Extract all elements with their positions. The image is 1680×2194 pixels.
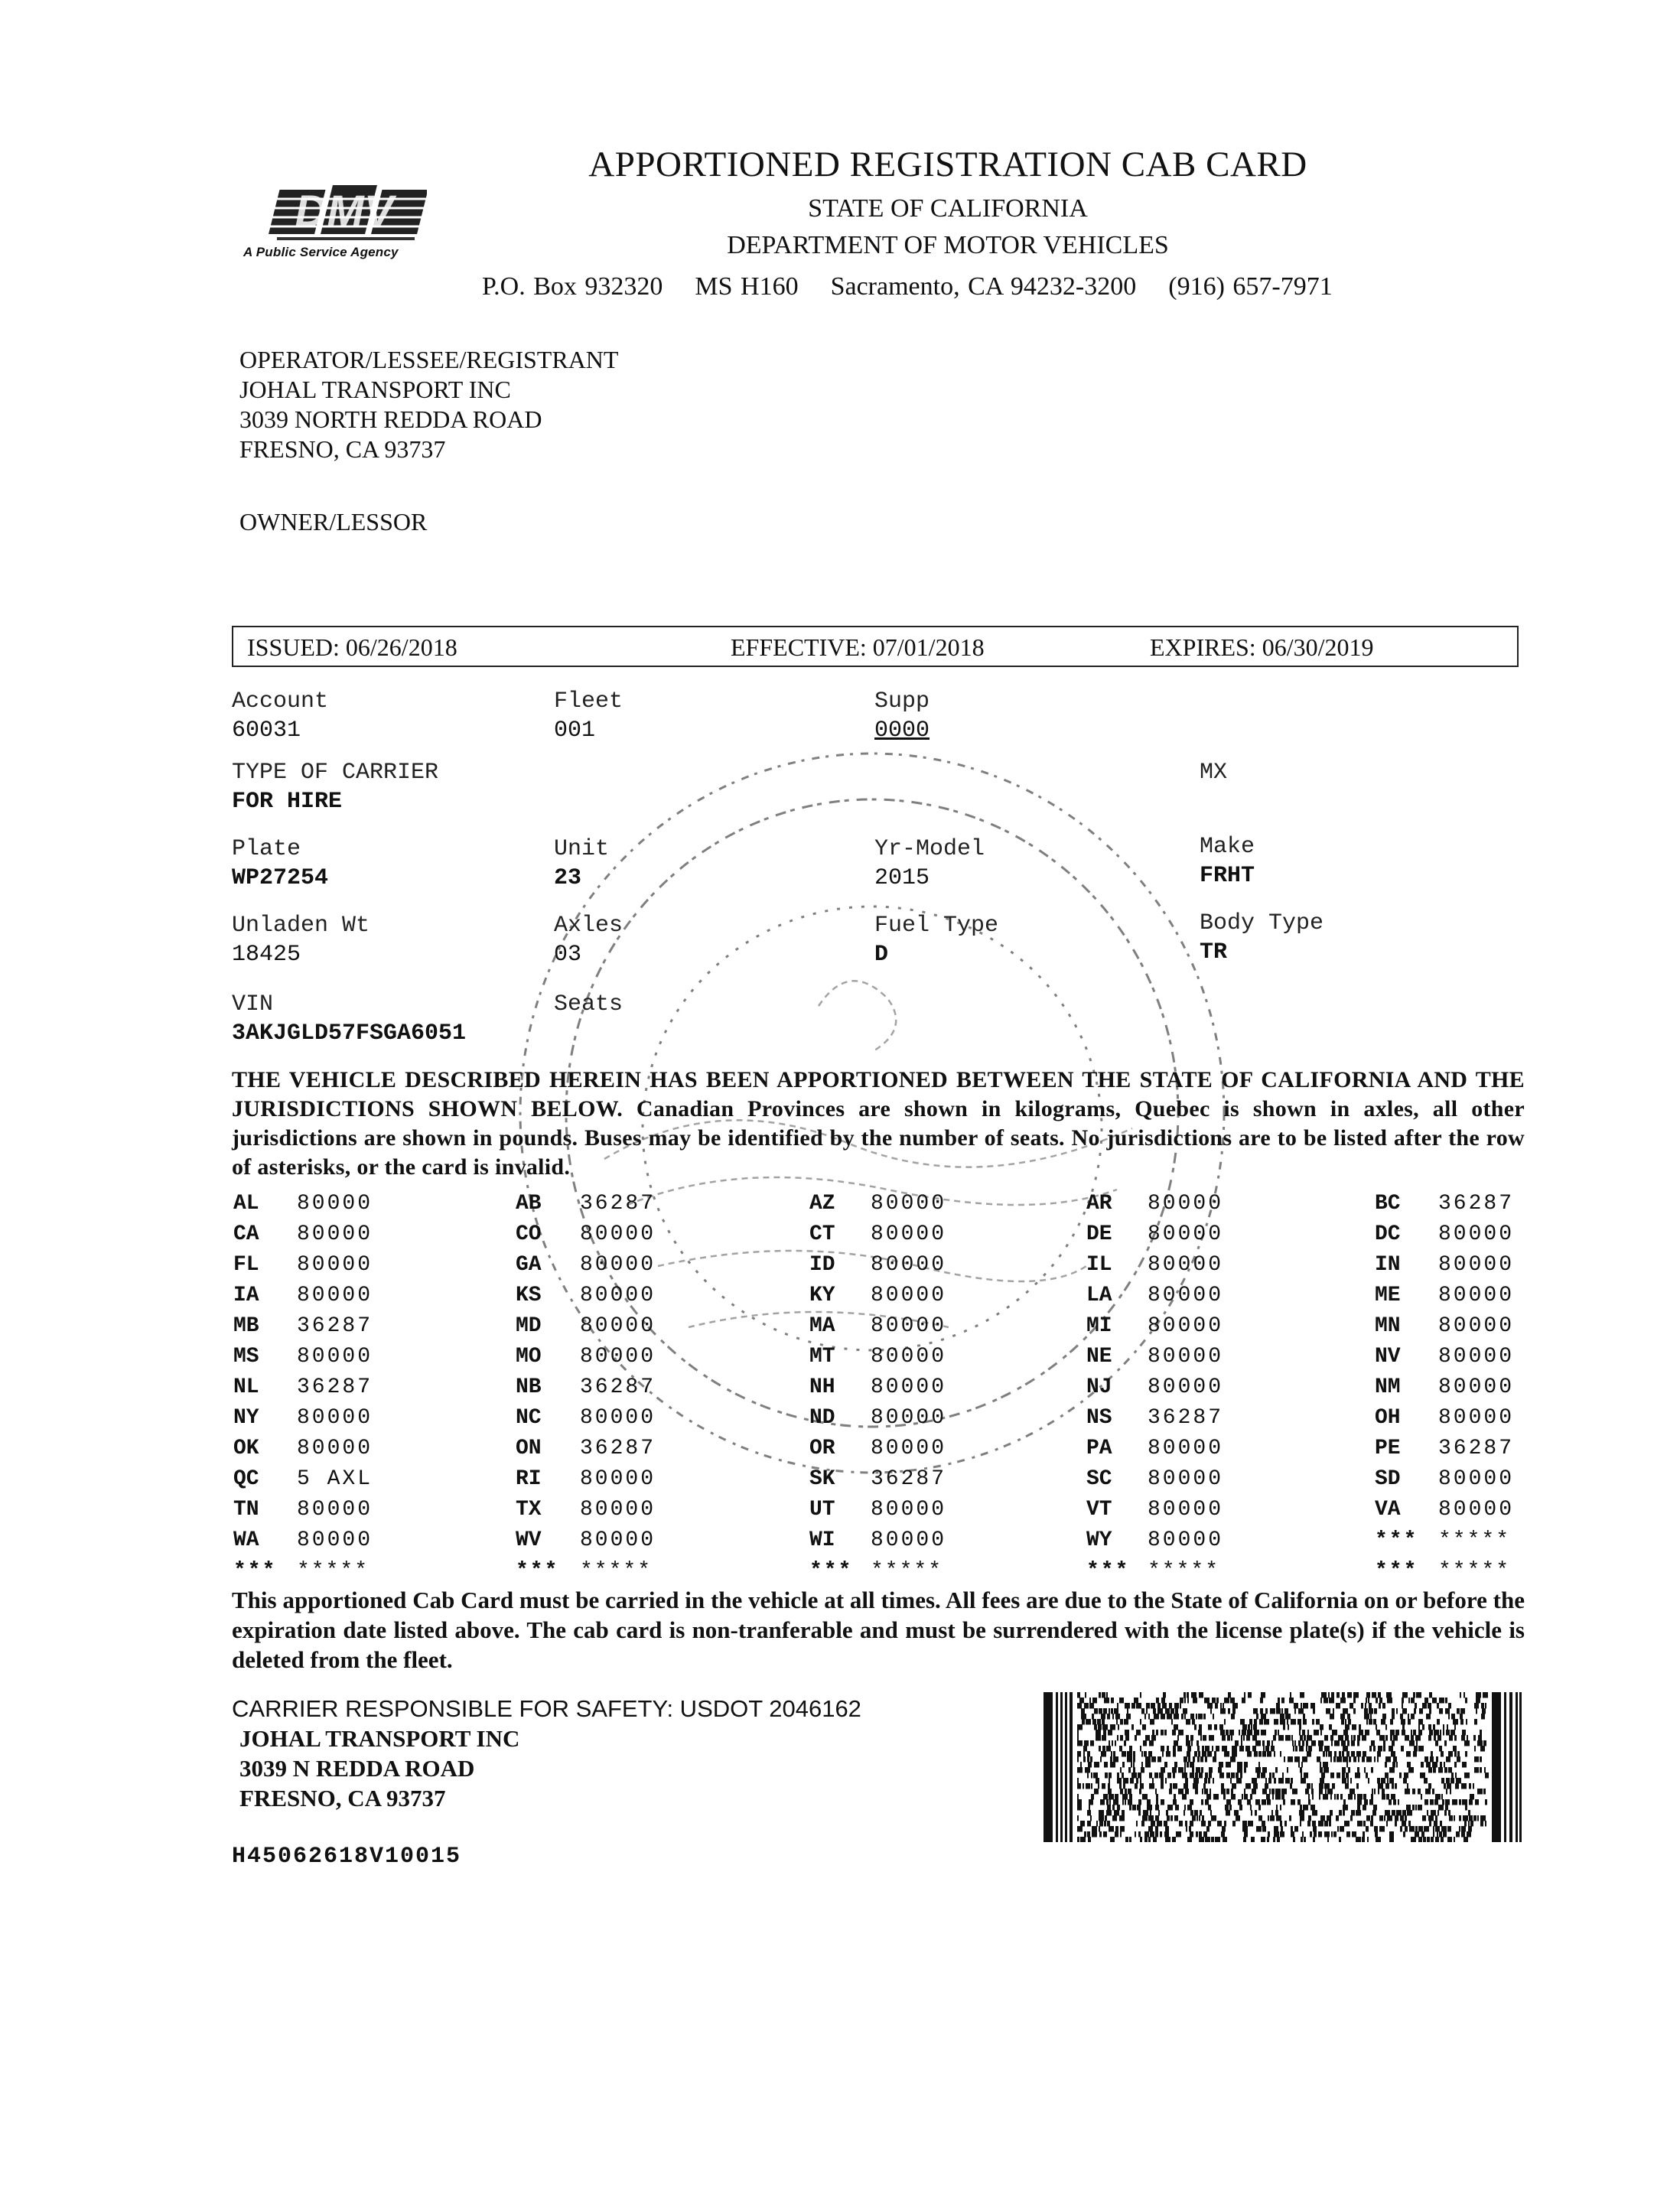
jurisdiction-weight: 80000 xyxy=(871,1437,946,1460)
jurisdiction-code: CT xyxy=(809,1222,835,1246)
jurisdiction-code: ME xyxy=(1375,1284,1401,1307)
jurisdiction-weight: 36287 xyxy=(297,1375,373,1399)
jurisdiction-code: AZ xyxy=(809,1192,835,1216)
jurisdiction-weight: 36287 xyxy=(580,1375,656,1399)
jurisdiction-weight: 80000 xyxy=(871,1528,946,1552)
jurisdiction-weight: ***** xyxy=(871,1559,943,1583)
jurisdiction-weight: 80000 xyxy=(1148,1498,1223,1522)
jurisdiction-code: MN xyxy=(1375,1314,1401,1338)
fuel-type-label: Fuel Type xyxy=(874,913,998,939)
jurisdiction-weight: 80000 xyxy=(1148,1222,1223,1246)
jurisdiction-code: IN xyxy=(1375,1253,1401,1277)
jurisdiction-code: WA xyxy=(233,1528,259,1552)
body-type-value: TR xyxy=(1200,939,1227,965)
jurisdiction-weight: 80000 xyxy=(297,1192,373,1216)
jurisdiction-code: MO xyxy=(516,1345,542,1369)
jurisdiction-code: SC xyxy=(1086,1467,1112,1491)
jurisdiction-code: *** xyxy=(1375,1559,1418,1583)
jurisdiction-code: NE xyxy=(1086,1345,1112,1369)
unladen-weight-label: Unladen Wt xyxy=(232,913,370,939)
operator-street: 3039 NORTH REDDA ROAD xyxy=(239,405,542,434)
effective-date: EFFECTIVE: 07/01/2018 xyxy=(731,633,985,662)
page-title: APPORTIONED REGISTRATION CAB CARD xyxy=(0,144,1680,185)
jurisdiction-code: TX xyxy=(516,1498,542,1522)
jurisdiction-code: NS xyxy=(1086,1406,1112,1430)
jurisdiction-weight: 80000 xyxy=(580,1406,656,1430)
jurisdiction-weight: 80000 xyxy=(1438,1314,1514,1338)
jurisdiction-weight: 80000 xyxy=(871,1222,946,1246)
jurisdiction-code: MD xyxy=(516,1314,542,1338)
jurisdiction-weight: 80000 xyxy=(1148,1528,1223,1552)
jurisdiction-weight: 80000 xyxy=(1148,1253,1223,1277)
jurisdiction-weight: 80000 xyxy=(1148,1192,1223,1216)
jurisdiction-weight: 80000 xyxy=(1148,1437,1223,1460)
jurisdiction-weight: 80000 xyxy=(580,1528,656,1552)
jurisdiction-weight: 80000 xyxy=(1438,1467,1514,1491)
plate-value: WP27254 xyxy=(232,865,328,891)
jurisdiction-code: NJ xyxy=(1086,1375,1112,1399)
jurisdiction-weight: 80000 xyxy=(297,1253,373,1277)
carrier-street: 3039 N REDDA ROAD xyxy=(239,1755,474,1782)
jurisdiction-weight: 80000 xyxy=(1438,1222,1514,1246)
jurisdiction-code: DC xyxy=(1375,1222,1401,1246)
jurisdiction-code: MA xyxy=(809,1314,835,1338)
jurisdiction-weight: ***** xyxy=(1438,1528,1510,1552)
axles-value: 03 xyxy=(554,942,581,968)
jurisdiction-code: PA xyxy=(1086,1437,1112,1460)
jurisdiction-code: AB xyxy=(516,1192,542,1216)
jurisdiction-code: FL xyxy=(233,1253,259,1277)
jurisdiction-code: NL xyxy=(233,1375,259,1399)
jurisdiction-code: *** xyxy=(809,1559,852,1583)
mx-label: MX xyxy=(1200,760,1227,786)
account-value: 60031 xyxy=(232,718,301,744)
jurisdiction-weight: 80000 xyxy=(1148,1467,1223,1491)
carrier-city: FRESNO, CA 93737 xyxy=(239,1785,446,1812)
carrier-type-value: FOR HIRE xyxy=(232,789,342,815)
jurisdiction-weight: 80000 xyxy=(1438,1406,1514,1430)
account-label: Account xyxy=(232,688,328,715)
carrier-safety-label: CARRIER RESPONSIBLE FOR SAFETY: USDOT 20… xyxy=(232,1695,861,1723)
document-id: H45062618V10015 xyxy=(232,1844,461,1870)
jurisdiction-weight: 80000 xyxy=(580,1222,656,1246)
issued-date: ISSUED: 06/26/2018 xyxy=(247,633,457,662)
jurisdiction-weight: 36287 xyxy=(1148,1406,1223,1430)
seats-label: Seats xyxy=(554,991,623,1017)
jurisdiction-code: RI xyxy=(516,1467,542,1491)
jurisdiction-weight: 80000 xyxy=(580,1467,656,1491)
cab-card-notice: This apportioned Cab Card must be carrie… xyxy=(232,1585,1525,1675)
jurisdiction-code: NM xyxy=(1375,1375,1401,1399)
city-zip: Sacramento, CA 94232-3200 xyxy=(831,272,1137,301)
fleet-value: 001 xyxy=(554,718,595,744)
jurisdiction-weight: 80000 xyxy=(871,1345,946,1369)
jurisdiction-weight: ***** xyxy=(1438,1559,1510,1583)
jurisdiction-weight: 80000 xyxy=(580,1345,656,1369)
jurisdiction-code: WY xyxy=(1086,1528,1112,1552)
jurisdiction-code: AL xyxy=(233,1192,259,1216)
body-type-label: Body Type xyxy=(1200,910,1323,936)
yr-model-value: 2015 xyxy=(874,865,930,891)
axles-label: Axles xyxy=(554,913,623,939)
jurisdiction-weight: 80000 xyxy=(1438,1375,1514,1399)
pdf417-barcode-icon xyxy=(1043,1692,1522,1842)
supp-label: Supp xyxy=(874,688,930,715)
owner-label: OWNER/LESSOR xyxy=(239,508,427,536)
jurisdiction-code: ND xyxy=(809,1406,835,1430)
jurisdiction-code: MT xyxy=(809,1345,835,1369)
jurisdiction-code: KS xyxy=(516,1284,542,1307)
jurisdiction-code: VT xyxy=(1086,1498,1112,1522)
jurisdiction-code: NV xyxy=(1375,1345,1401,1369)
operator-name: JOHAL TRANSPORT INC xyxy=(239,376,511,404)
jurisdiction-code: WV xyxy=(516,1528,542,1552)
jurisdiction-code: NH xyxy=(809,1375,835,1399)
jurisdiction-weight: 36287 xyxy=(871,1467,946,1491)
jurisdiction-weight: 36287 xyxy=(297,1314,373,1338)
po-box: P.O. Box 932320 xyxy=(482,272,663,301)
jurisdiction-code: KY xyxy=(809,1284,835,1307)
jurisdiction-code: NC xyxy=(516,1406,542,1430)
jurisdiction-code: MI xyxy=(1086,1314,1112,1338)
jurisdiction-code: OK xyxy=(233,1437,259,1460)
jurisdiction-weight: ***** xyxy=(1148,1559,1219,1583)
jurisdiction-code: PE xyxy=(1375,1437,1401,1460)
jurisdiction-code: GA xyxy=(516,1253,542,1277)
jurisdiction-code: WI xyxy=(809,1528,835,1552)
unladen-weight-value: 18425 xyxy=(232,942,301,968)
jurisdiction-code: NB xyxy=(516,1375,542,1399)
jurisdiction-code: MB xyxy=(233,1314,259,1338)
plate-label: Plate xyxy=(232,836,301,862)
jurisdiction-code: ID xyxy=(809,1253,835,1277)
jurisdiction-weight: 80000 xyxy=(1438,1253,1514,1277)
jurisdiction-weight: 80000 xyxy=(871,1253,946,1277)
jurisdiction-code: TN xyxy=(233,1498,259,1522)
unit-label: Unit xyxy=(554,836,609,862)
jurisdiction-weight: 80000 xyxy=(297,1498,373,1522)
mail-stop: MS H160 xyxy=(695,272,798,301)
operator-label: OPERATOR/LESSEE/REGISTRANT xyxy=(239,346,618,374)
jurisdiction-code: OR xyxy=(809,1437,835,1460)
jurisdiction-weight: 80000 xyxy=(1438,1498,1514,1522)
jurisdiction-weight: 80000 xyxy=(297,1437,373,1460)
vin-label: VIN xyxy=(232,991,273,1017)
jurisdiction-code: SD xyxy=(1375,1467,1401,1491)
jurisdiction-code: AR xyxy=(1086,1192,1112,1216)
fleet-label: Fleet xyxy=(554,688,623,715)
jurisdiction-code: VA xyxy=(1375,1498,1401,1522)
jurisdiction-weight: 5 AXL xyxy=(297,1467,373,1491)
jurisdiction-weight: 36287 xyxy=(580,1192,656,1216)
jurisdiction-code: LA xyxy=(1086,1284,1112,1307)
yr-model-label: Yr-Model xyxy=(874,836,985,862)
jurisdiction-weight: ***** xyxy=(297,1559,369,1583)
jurisdiction-weight: 80000 xyxy=(580,1253,656,1277)
jurisdiction-code: CO xyxy=(516,1222,542,1246)
jurisdiction-code: QC xyxy=(233,1467,259,1491)
jurisdiction-weight: 80000 xyxy=(1148,1284,1223,1307)
jurisdiction-weight: 80000 xyxy=(871,1192,946,1216)
jurisdiction-code: ON xyxy=(516,1437,542,1460)
jurisdiction-weight: 80000 xyxy=(297,1345,373,1369)
expires-date: EXPIRES: 06/30/2019 xyxy=(1150,633,1373,662)
jurisdiction-weight: 36287 xyxy=(580,1437,656,1460)
jurisdiction-code: CA xyxy=(233,1222,259,1246)
jurisdiction-weight: 80000 xyxy=(297,1222,373,1246)
jurisdiction-weight: 80000 xyxy=(871,1314,946,1338)
jurisdiction-weight: 80000 xyxy=(297,1528,373,1552)
jurisdiction-weight: 80000 xyxy=(297,1284,373,1307)
jurisdiction-code: MS xyxy=(233,1345,259,1369)
vin-value: 3AKJGLD57FSGA6051 xyxy=(232,1021,466,1047)
jurisdiction-weight: 80000 xyxy=(1148,1345,1223,1369)
jurisdiction-weight: 80000 xyxy=(871,1498,946,1522)
jurisdiction-weight: 80000 xyxy=(580,1314,656,1338)
jurisdiction-weight: 80000 xyxy=(1438,1284,1514,1307)
jurisdiction-code: SK xyxy=(809,1467,835,1491)
supp-value: 0000 xyxy=(874,718,930,744)
department-name: DEPARTMENT OF MOTOR VEHICLES xyxy=(0,231,1680,260)
jurisdiction-weight: 80000 xyxy=(1148,1375,1223,1399)
jurisdiction-code: *** xyxy=(516,1559,558,1583)
jurisdiction-weight: ***** xyxy=(580,1559,652,1583)
validity-dates-box: ISSUED: 06/26/2018 EFFECTIVE: 07/01/2018… xyxy=(232,626,1519,667)
jurisdiction-weight: 80000 xyxy=(871,1284,946,1307)
jurisdiction-code: *** xyxy=(1375,1528,1418,1552)
jurisdiction-code: BC xyxy=(1375,1192,1401,1216)
carrier-type-label: TYPE OF CARRIER xyxy=(232,760,438,786)
jurisdiction-code: NY xyxy=(233,1406,259,1430)
jurisdiction-weight: 36287 xyxy=(1438,1437,1514,1460)
jurisdiction-code: UT xyxy=(809,1498,835,1522)
unit-value: 23 xyxy=(554,865,581,891)
state-name: STATE OF CALIFORNIA xyxy=(0,194,1680,223)
jurisdiction-weight: 80000 xyxy=(871,1406,946,1430)
jurisdiction-code: IA xyxy=(233,1284,259,1307)
jurisdiction-weight: 36287 xyxy=(1438,1192,1514,1216)
jurisdiction-weight: 80000 xyxy=(297,1406,373,1430)
jurisdiction-code: IL xyxy=(1086,1253,1112,1277)
jurisdiction-code: *** xyxy=(233,1559,276,1583)
jurisdiction-weight: 80000 xyxy=(1148,1314,1223,1338)
phone: (916) 657-7971 xyxy=(1168,272,1332,301)
operator-city: FRESNO, CA 93737 xyxy=(239,435,445,464)
dmv-address-line: P.O. Box 932320MS H160Sacramento, CA 942… xyxy=(482,272,1333,301)
jurisdiction-code: OH xyxy=(1375,1406,1401,1430)
jurisdiction-weight: 80000 xyxy=(871,1375,946,1399)
apportionment-notice: THE VEHICLE DESCRIBED HEREIN HAS BEEN AP… xyxy=(232,1066,1525,1182)
make-value: FRHT xyxy=(1200,863,1255,889)
jurisdiction-code: *** xyxy=(1086,1559,1129,1583)
carrier-name: JOHAL TRANSPORT INC xyxy=(239,1725,519,1753)
jurisdiction-weight: 80000 xyxy=(580,1498,656,1522)
jurisdiction-weight: 80000 xyxy=(580,1284,656,1307)
fuel-type-value: D xyxy=(874,942,888,968)
make-label: Make xyxy=(1200,834,1255,860)
jurisdiction-code: DE xyxy=(1086,1222,1112,1246)
jurisdiction-weight: 80000 xyxy=(1438,1345,1514,1369)
